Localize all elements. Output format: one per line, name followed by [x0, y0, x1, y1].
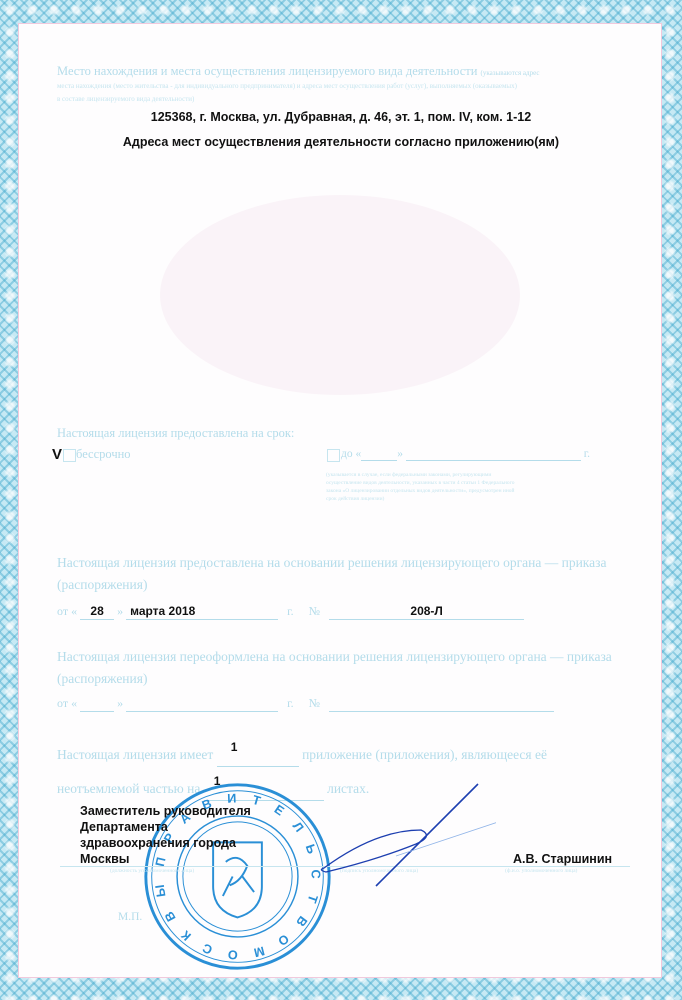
indefinite-label: бессрочно	[76, 447, 131, 462]
until-date-checkbox[interactable]	[327, 449, 340, 462]
basis-day: 28	[90, 604, 103, 618]
term-label: Настоящая лицензия предоставлена на срок…	[57, 426, 294, 441]
until-day-field[interactable]	[361, 448, 397, 461]
location-subheading-2: в составе лицензируемого вида деятельнос…	[57, 95, 194, 103]
until-date-note: (указывается в случае, если федеральными…	[326, 471, 516, 503]
location-subheading-1: места нахождения (место жительства - для…	[57, 82, 517, 90]
handwritten-signature	[316, 780, 496, 890]
stamp-label: М.П.	[118, 911, 142, 923]
reissue-day-field[interactable]	[80, 696, 114, 712]
until-date-line: до « » г.	[341, 448, 590, 461]
until-month-year-field[interactable]	[406, 448, 581, 461]
appendix-line-1: Настоящая лицензия имеет 1 приложение (п…	[57, 744, 617, 767]
watermark-emblem	[140, 180, 540, 410]
indefinite-checkbox[interactable]	[63, 449, 76, 462]
basis-text: Настоящая лицензия предоставлена на осно…	[57, 552, 617, 596]
caption-position: (должность уполномоченного лица)	[110, 868, 194, 874]
reissue-text: Настоящая лицензия переоформлена на осно…	[57, 646, 617, 690]
signatory-position: Заместитель руководителя Департамента зд…	[80, 803, 251, 867]
reissue-month-year-field[interactable]	[126, 696, 278, 712]
license-address: 125368, г. Москва, ул. Дубравная, д. 46,…	[0, 110, 682, 124]
address-note: Адреса мест осуществления деятельности с…	[0, 135, 682, 149]
basis-number: 208-Л	[410, 604, 442, 618]
caption-name: (ф.и.о. уполномоченного лица)	[505, 868, 577, 874]
reissue-date-row: от « » г. №	[57, 696, 554, 712]
indefinite-check-mark: V	[52, 446, 62, 463]
basis-month-year: марта 2018	[130, 604, 195, 618]
location-heading: Место нахождения и места осуществления л…	[57, 64, 539, 79]
reissue-number-field[interactable]	[329, 696, 554, 712]
basis-date-row: от « 28 » марта 2018 г. № 208-Л	[57, 604, 524, 620]
appendix-count: 1	[217, 740, 238, 754]
signatory-name: А.В. Старшинин	[513, 852, 612, 866]
